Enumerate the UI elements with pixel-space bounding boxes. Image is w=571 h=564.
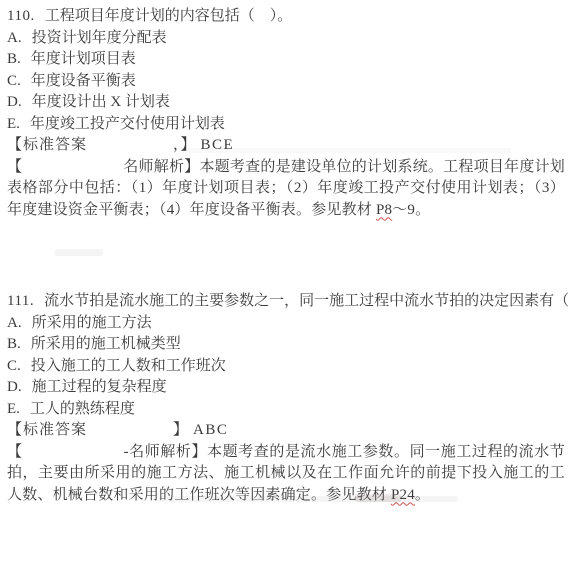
option-label: C. <box>7 358 21 374</box>
option-text: 投入施工的工人数和工作班次 <box>31 358 226 374</box>
option-label: B. <box>7 51 21 67</box>
question-number: 110. <box>7 8 35 24</box>
option-text: 年度设计出 X 计划表 <box>32 94 170 110</box>
option-row: E.年度竣工投产交付使用计划表 <box>7 114 565 136</box>
question-stem-line: 111.流水节拍是流水施工的主要参数之一，同一施工过程中流水节拍的决定因素有（ … <box>7 291 565 313</box>
option-label: C. <box>7 73 21 89</box>
standard-answer-line: 【标准答案，】BCE <box>7 135 565 157</box>
answer-value: ABC <box>193 422 228 438</box>
scan-ghost-artifact <box>158 496 458 502</box>
scan-ghost-artifact <box>355 494 401 502</box>
answer-bracket-open: 【标准答案 <box>7 137 87 153</box>
analysis-text: 本题考查的是建设单位的计划系统。工程项目年度计划表格部分中包括：（1）年度计划项… <box>7 159 565 218</box>
option-label: A. <box>7 315 22 331</box>
question-stem: 流水节拍是流水施工的主要参数之一，同一施工过程中流水节拍的决定因素有（ ）。 <box>44 293 571 309</box>
analysis-label: -名师解析】 <box>124 444 207 460</box>
option-row: E.工人的熟练程度 <box>7 399 565 421</box>
option-text: 年度计划项目表 <box>31 51 136 67</box>
question-block-110: 110.工程项目年度计划的内容包括（ ）。 A.投资计划年度分配表 B.年度计划… <box>7 6 565 221</box>
exam-document: 110.工程项目年度计划的内容包括（ ）。 A.投资计划年度分配表 B.年度计划… <box>0 0 571 506</box>
question-stem-line: 110.工程项目年度计划的内容包括（ ）。 <box>7 6 565 28</box>
option-row: A.所采用的施工方法 <box>7 313 565 335</box>
option-text: 所采用的施工机械类型 <box>31 336 181 352</box>
option-text: 工人的熟练程度 <box>30 401 135 417</box>
scan-ghost-artifact <box>181 148 511 153</box>
option-row: D.施工过程的复杂程度 <box>7 377 565 399</box>
analysis-text-tail: ～9。 <box>392 202 430 218</box>
option-row: B.所采用的施工机械类型 <box>7 334 565 356</box>
option-text: 所采用的施工方法 <box>32 315 152 331</box>
analysis-text: 本题考查的是流水施工参数。同一施工过程的流水节拍，主要由所采用的施工方法、施工机… <box>7 444 565 503</box>
analysis-bracket-open: 【 <box>7 159 22 175</box>
analysis-bracket-open: 【 <box>7 444 23 460</box>
option-text: 年度设备平衡表 <box>31 73 136 89</box>
option-label: A. <box>7 30 22 46</box>
textbook-page-ref: P8 <box>376 202 392 218</box>
option-label: D. <box>7 94 22 110</box>
option-label: E. <box>7 401 20 417</box>
option-row: C.投入施工的工人数和工作班次 <box>7 356 565 378</box>
option-row: A.投资计划年度分配表 <box>7 28 565 50</box>
option-label: E. <box>7 116 20 132</box>
analysis-label: 名师解析】 <box>123 159 199 175</box>
standard-answer-line: 【标准答案】ABC <box>7 420 565 442</box>
section-gap <box>7 221 565 291</box>
option-row: D.年度设计出 X 计划表 <box>7 92 565 114</box>
option-text: 投资计划年度分配表 <box>32 30 167 46</box>
option-text: 施工过程的复杂程度 <box>32 379 167 395</box>
option-label: D. <box>7 379 22 395</box>
question-number: 111. <box>7 293 34 309</box>
option-row: B.年度计划项目表 <box>7 49 565 71</box>
option-row: C.年度设备平衡表 <box>7 71 565 93</box>
analysis-paragraph: 【名师解析】本题考查的是建设单位的计划系统。工程项目年度计划表格部分中包括：（1… <box>7 157 565 222</box>
scan-ghost-artifact <box>55 249 103 256</box>
question-stem: 工程项目年度计划的内容包括（ ）。 <box>45 8 293 24</box>
option-label: B. <box>7 336 21 352</box>
answer-bracket-close: 】 <box>173 422 188 438</box>
question-block-111: 111.流水节拍是流水施工的主要参数之一，同一施工过程中流水节拍的决定因素有（ … <box>7 291 565 506</box>
answer-bracket-open: 【标准答案 <box>7 422 87 438</box>
option-text: 年度竣工投产交付使用计划表 <box>30 116 225 132</box>
